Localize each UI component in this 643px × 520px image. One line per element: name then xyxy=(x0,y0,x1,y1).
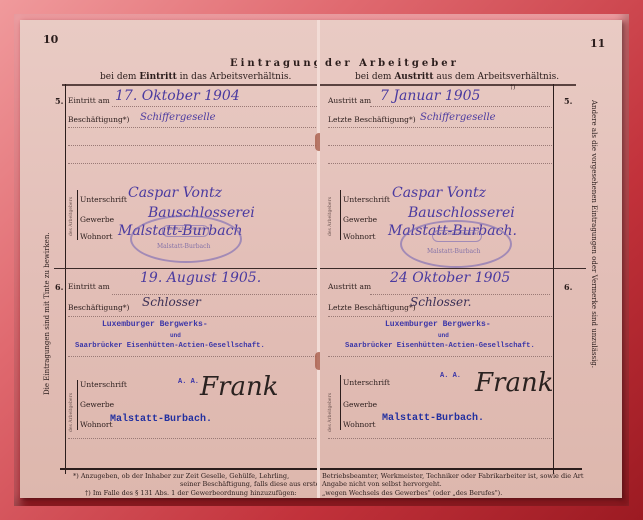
bracket-line xyxy=(77,380,78,430)
job-label: Beschäftigung*) xyxy=(68,115,129,124)
residence-label: Wohnort xyxy=(80,232,113,241)
residence-label: Wohnort xyxy=(343,232,376,241)
company-stamp-line: Luxemburger Bergwerks- xyxy=(102,320,208,329)
job-value: Schlosser. xyxy=(410,295,471,309)
side-note: Die Eintragungen sind mit Tinte zu bewir… xyxy=(43,232,51,395)
signature-label: Unterschrift xyxy=(343,378,390,387)
bracket-line xyxy=(340,375,341,430)
entry-divider xyxy=(320,268,586,269)
page-number: 10 xyxy=(43,33,58,46)
entry-line xyxy=(68,438,318,440)
date-label: Austritt am xyxy=(328,96,371,105)
header-rule xyxy=(320,84,576,86)
company-stamp: Bauschlosserei Malstatt-Burbach xyxy=(130,215,242,263)
handwritten-signature: Frank xyxy=(200,372,278,402)
side-note: Andere als die vorgesehenen Eintragungen… xyxy=(590,100,598,368)
footnote: seiner Beschäftigung, falls diese aus er… xyxy=(180,480,330,489)
entry-line xyxy=(328,163,552,165)
job-label: Letzte Beschäftigung*) xyxy=(328,115,416,124)
signature-value: Caspar Vontz xyxy=(392,185,486,201)
residence-value: Malstatt-Burbach. xyxy=(382,413,484,424)
residence-value: Malstatt-Burbach. xyxy=(110,414,212,425)
company-stamp-line: Luxemburger Bergwerks- xyxy=(385,320,491,329)
entry-line xyxy=(68,145,318,147)
signature-value: A. A. xyxy=(440,372,461,380)
entry-line xyxy=(370,106,550,108)
job-value: Schiffergeselle xyxy=(420,112,496,123)
header-subtitle: bei dem Eintritt in das Arbeitsverhältni… xyxy=(100,72,291,82)
entry-number: 6. xyxy=(564,282,572,292)
header-rule xyxy=(62,84,318,86)
footnote: „wegen Wechsels des Gewerbes" (oder „des… xyxy=(322,489,502,498)
employer-group-label: des Arbeitgebers xyxy=(328,197,333,236)
signature-label: Unterschrift xyxy=(80,195,127,204)
footnote: Angabe nicht von selbst hervorgeht. xyxy=(322,480,442,489)
entry-line xyxy=(112,106,317,108)
entry-line xyxy=(68,127,318,129)
footer-rule xyxy=(320,468,582,470)
date-label: Eintritt am xyxy=(68,282,110,291)
entry-line xyxy=(68,316,318,318)
bracket-line xyxy=(340,190,341,240)
entry-number: 5. xyxy=(55,96,63,106)
page-number: 11 xyxy=(590,37,605,50)
company-stamp-line: und xyxy=(438,332,449,339)
date-value: 17. Oktober 1904 xyxy=(115,88,240,104)
signature-label: Unterschrift xyxy=(343,195,390,204)
job-label: Beschäftigung*) xyxy=(68,303,129,312)
header-title: der Arbeitgeber xyxy=(325,58,459,69)
column-line xyxy=(553,84,554,474)
right-page: 11 der Arbeitgeber bei dem Austritt aus … xyxy=(320,20,622,498)
job-value: Schlosser xyxy=(142,295,201,309)
entry-line xyxy=(68,163,318,165)
signature-value: Caspar Vontz xyxy=(128,185,222,201)
signature-value: A. A. xyxy=(178,378,199,386)
trade-label: Gewerbe xyxy=(80,215,114,224)
entry-divider xyxy=(54,268,318,269)
dagger-mark: †) xyxy=(510,84,515,91)
handwritten-signature: Frank xyxy=(475,368,553,398)
entry-line xyxy=(328,316,552,318)
employer-group-label: des Arbeitgebers xyxy=(69,197,74,236)
company-stamp: Schlossermeister Malstatt-Burbach xyxy=(400,220,512,268)
entry-line xyxy=(68,356,318,358)
date-label: Eintritt am xyxy=(68,96,110,105)
work-book-spread: 10 Eintragungen bei dem Eintritt in das … xyxy=(20,20,622,498)
trade-label: Gewerbe xyxy=(343,215,377,224)
date-value: 7 Januar 1905 xyxy=(380,88,480,104)
employer-group-label: des Arbeitgebers xyxy=(69,393,74,432)
date-label: Austritt am xyxy=(328,282,371,291)
entry-line xyxy=(328,127,552,129)
header-subtitle: bei dem Austritt aus dem Arbeitsverhältn… xyxy=(355,72,559,82)
entry-line xyxy=(328,356,552,358)
left-page: 10 Eintragungen bei dem Eintritt in das … xyxy=(20,20,318,498)
signature-label: Unterschrift xyxy=(80,380,127,389)
residence-label: Wohnort xyxy=(343,420,376,429)
footer-rule xyxy=(60,468,318,470)
job-value: Schiffergeselle xyxy=(140,112,216,123)
entry-number: 5. xyxy=(564,96,572,106)
entry-number: 6. xyxy=(55,282,63,292)
entry-line xyxy=(328,438,552,440)
bracket-line xyxy=(77,190,78,240)
residence-label: Wohnort xyxy=(80,420,113,429)
footnote: †) Im Falle des § 131 Abs. 1 der Gewerbe… xyxy=(85,489,297,498)
trade-label: Gewerbe xyxy=(80,400,114,409)
date-value: 19. August 1905. xyxy=(140,270,261,286)
trade-label: Gewerbe xyxy=(343,400,377,409)
entry-line xyxy=(328,145,552,147)
company-stamp-line: Saarbrücker Eisenhütten-Actien-Gesellsch… xyxy=(75,342,265,350)
company-stamp-line: Saarbrücker Eisenhütten-Actien-Gesellsch… xyxy=(345,342,535,350)
column-line xyxy=(65,84,66,474)
company-stamp-line: und xyxy=(170,332,181,339)
employer-group-label: des Arbeitgebers xyxy=(328,393,333,432)
trade-value: Bauschlosserei xyxy=(408,205,515,221)
date-value: 24 Oktober 1905 xyxy=(390,270,510,286)
job-label: Letzte Beschäftigung*) xyxy=(328,303,416,312)
